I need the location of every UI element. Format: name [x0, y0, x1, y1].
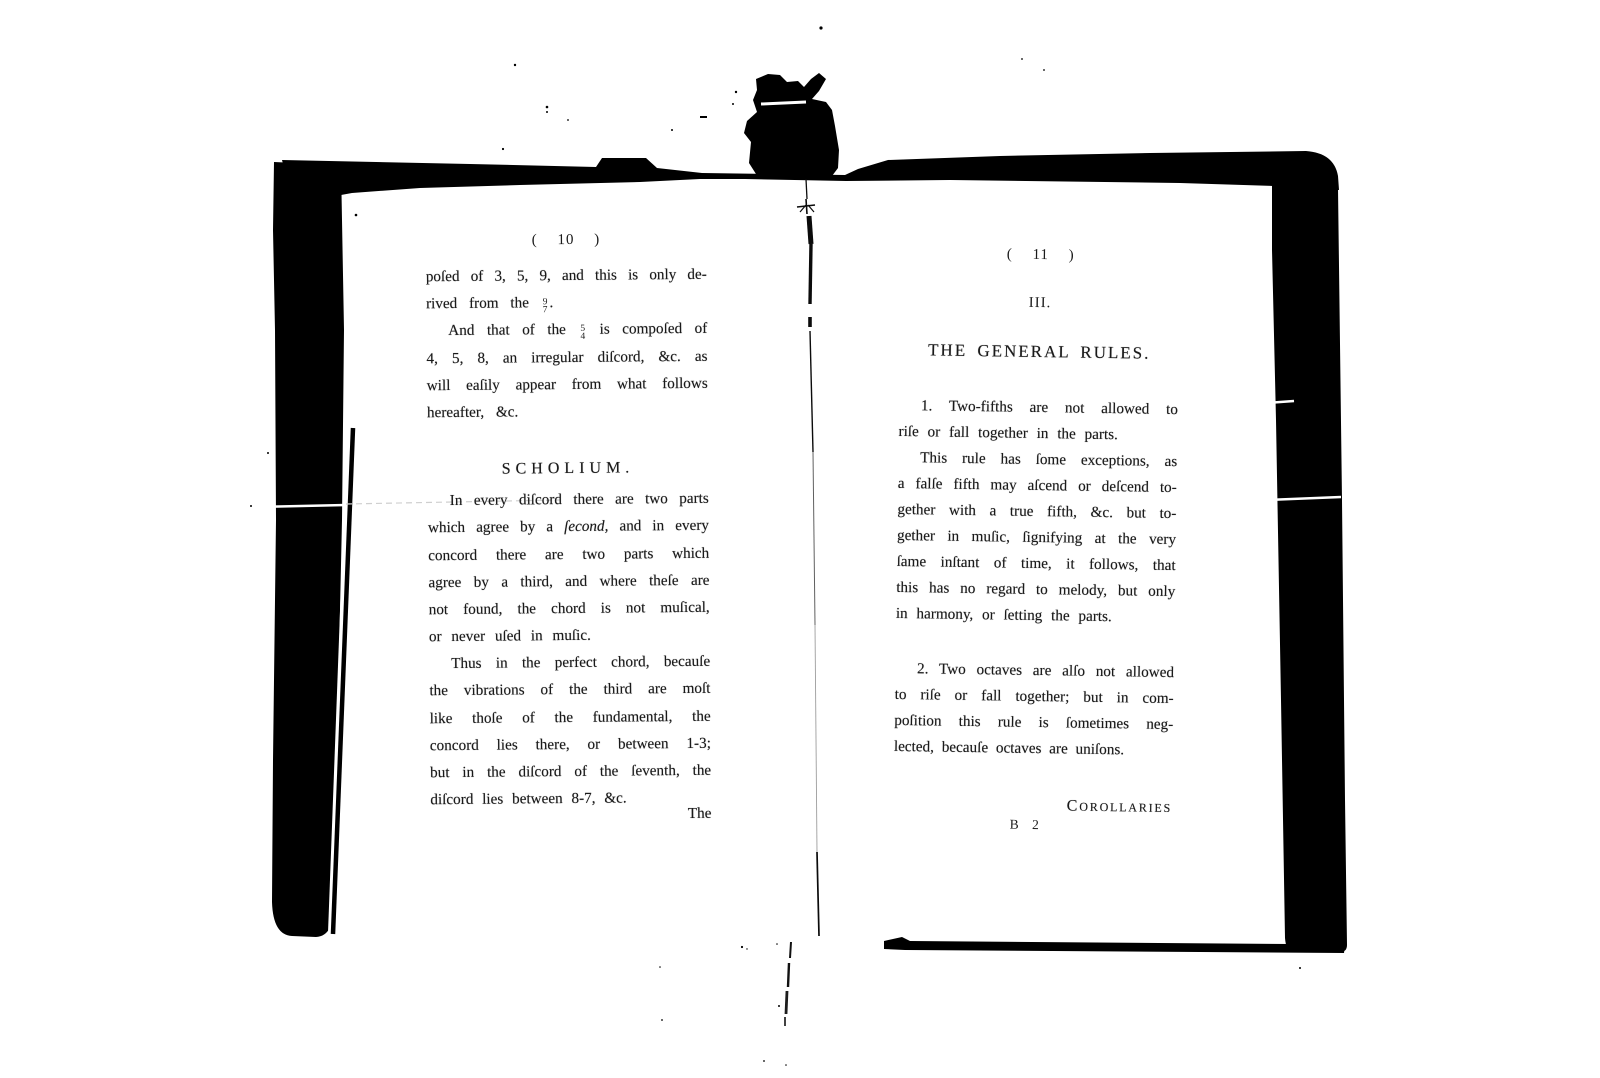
rule-1-exceptions-paragraph: This rule has ſome exceptions, as a falſ…: [896, 445, 1178, 631]
rule-2-paragraph: 2. Two octaves are alſo not allowed to r…: [894, 656, 1175, 764]
page-11: ( 11 ) III. THE GENERAL RULES. 1. Two-fi…: [893, 241, 1181, 838]
text-line: riſe or fall together in the parts.: [898, 419, 1177, 449]
text-line: 2. Two octaves are alſo not allowed: [895, 656, 1174, 686]
text-line: or never uſed in muſic.: [429, 621, 710, 651]
page-number-header: ( 11 ): [901, 241, 1180, 269]
text-line: Thus in the perfect chord, becauſe: [429, 648, 710, 678]
text-line: a falſe fifth may aſcend or deſcend to-: [898, 471, 1177, 501]
italic-word: ſecond,: [564, 518, 608, 535]
fraction-five-fourths: 54: [580, 325, 585, 341]
gutter-shadow-line: [797, 179, 819, 936]
text-line: in harmony, or ſetting the parts.: [896, 601, 1175, 631]
scholium-heading: SCHOLIUM.: [427, 454, 708, 483]
page-number-header: ( 10 ): [425, 227, 706, 253]
scholium-paragraph-2: Thus in the perfect chord, becauſe the v…: [429, 648, 711, 814]
scholium-paragraph-1: In every diſcord there are two parts whi…: [428, 485, 710, 651]
text-line: gether with a true fifth, &c. but to-: [897, 497, 1176, 527]
book-cover-right-edge: [1272, 184, 1347, 952]
fraction-nine-sevenths: 97: [543, 298, 548, 314]
text-line: poſed of 3, 5, 9, and this is only de-: [426, 261, 707, 291]
text-line: concord lies there, or between 1-3;: [430, 730, 711, 760]
text-line: This rule has ſome exceptions, as: [898, 445, 1177, 475]
text-line: hereafter, &c.: [427, 397, 708, 427]
text-line: ſame inſtant of time, it follows, that: [896, 549, 1175, 579]
ink-blot-top: [744, 73, 839, 179]
text-line: lected, becauſe octaves are uniſons.: [894, 734, 1173, 764]
page-10: ( 10 ) poſed of 3, 5, 9, and this is onl…: [425, 227, 711, 830]
text-line: the vibrations of the third are moſt: [429, 675, 710, 705]
text-line: not found, the chord is not muſical,: [429, 594, 710, 624]
text-segment: .: [549, 294, 553, 311]
text-segment: and in every: [619, 517, 709, 535]
text-line: to riſe or fall together; but in com-: [894, 682, 1173, 712]
book-cover-bottom-edge: [884, 937, 1345, 953]
text-line: but in the diſcord of the ſeventh, the: [430, 757, 711, 787]
page-10-body: poſed of 3, 5, 9, and this is only de- r…: [426, 261, 712, 830]
text-line: agree by a third, and where theſe are: [428, 566, 709, 596]
book-scan: ( 10 ) poſed of 3, 5, 9, and this is onl…: [0, 0, 1600, 1078]
ink-smudge-bottom: [785, 942, 791, 1026]
text-line: poſition this rule is ſometimes neg-: [894, 708, 1173, 738]
text-line: 4, 5, 8, an irregular diſcord, &c. as: [426, 342, 707, 372]
text-line: And that of the 54 is compoſed of: [426, 315, 707, 345]
text-line: rived from the 97.: [426, 288, 707, 318]
text-line: will eaſily appear from what follows: [427, 370, 708, 400]
ink-blot-slit: [761, 102, 806, 104]
text-segment: which agree by a: [428, 518, 553, 536]
text-segment: is compoſed of: [600, 320, 708, 338]
text-line: 1. Two-fifths are not allowed to: [899, 393, 1178, 423]
rule-1-paragraph: 1. Two-fifths are not allowed to riſe or…: [898, 393, 1178, 449]
text-line: like thoſe of the fundamental, the: [430, 702, 711, 732]
text-line: gether in muſic, ſignifying at the very: [897, 523, 1176, 553]
text-line: which agree by a ſecond, and in every: [428, 512, 709, 542]
text-line: this has no regard to melody, but only: [896, 575, 1175, 605]
fraction-denominator: 4: [580, 333, 585, 341]
section-title: THE GENERAL RULES.: [900, 336, 1179, 367]
text-segment: And that of the: [448, 321, 566, 339]
text-line: concord there are two parts which: [428, 539, 709, 569]
scan-artifacts-layer: [0, 0, 1600, 1078]
text-segment: rived from the: [426, 295, 529, 313]
fraction-denominator: 7: [543, 306, 548, 314]
section-number: III.: [900, 288, 1179, 319]
text-line: In every diſcord there are two parts: [428, 485, 709, 515]
